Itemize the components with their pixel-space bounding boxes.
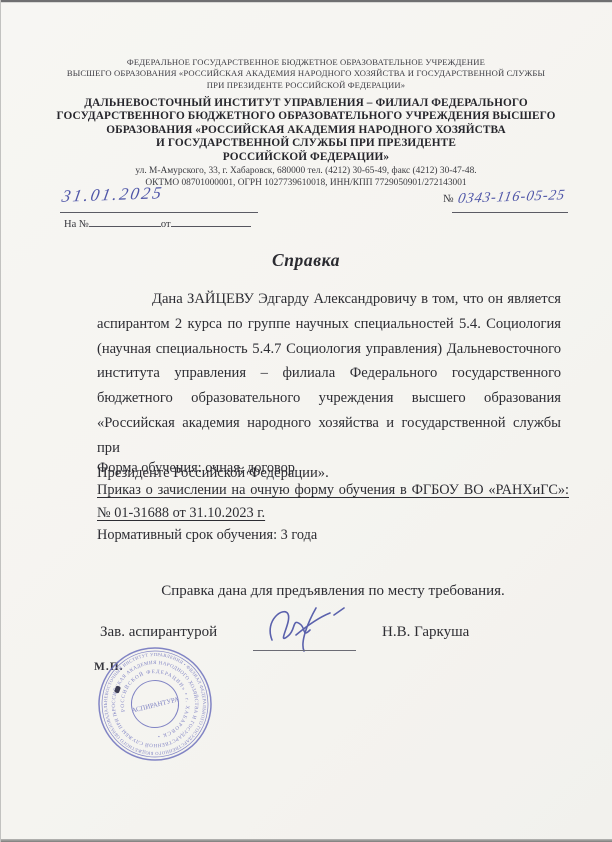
- body-line: бюджетного образовательного учреждения в…: [97, 386, 561, 411]
- scan-edge-top-light: [0, 2, 612, 3]
- org-bold-line-1: ДАЛЬНЕВОСТОЧНЫЙ ИНСТИТУТ УПРАВЛЕНИЯ – ФИ…: [0, 97, 612, 110]
- body-paragraph: Дана ЗАЙЦЕВУ Эдгарду Александровичу в то…: [97, 287, 561, 485]
- scanned-certificate-page: ФЕДЕРАЛЬНОЕ ГОСУДАРСТВЕННОЕ БЮДЖЕТНОЕ ОБ…: [0, 0, 612, 842]
- study-details: Форма обучения: очная, договор Приказ о …: [97, 457, 569, 547]
- org-bold-line-4: И ГОСУДАРСТВЕННОЙ СЛУЖБЫ ПРИ ПРЕЗИДЕНТЕ: [0, 137, 612, 150]
- letterhead-org-bold: ДАЛЬНЕВОСТОЧНЫЙ ИНСТИТУТ УПРАВЛЕНИЯ – ФИ…: [0, 97, 612, 164]
- body-line: института управления – филиала Федеральн…: [97, 361, 561, 386]
- org-bold-line-2: ГОСУДАРСТВЕННОГО БЮДЖЕТНОГО ОБРАЗОВАТЕЛЬ…: [0, 110, 612, 123]
- date-underline: [60, 212, 258, 213]
- letterhead-org-small: ФЕДЕРАЛЬНОЕ ГОСУДАРСТВЕННОЕ БЮДЖЕТНОЕ ОБ…: [0, 57, 612, 91]
- body-line: аспирантом 2 курса по группе научных спе…: [97, 312, 561, 337]
- org-small-line-1: ФЕДЕРАЛЬНОЕ ГОСУДАРСТВЕННОЕ БЮДЖЕТНОЕ ОБ…: [0, 57, 612, 68]
- study-form-line: Форма обучения: очная, договор: [97, 457, 569, 479]
- purpose-statement: Справка дана для предъявления по месту т…: [97, 583, 569, 600]
- reply-reference-line: На №от: [64, 216, 251, 230]
- handwritten-number: 0343-116-05-25: [457, 187, 567, 208]
- document-title: Справка: [0, 250, 612, 271]
- handwritten-date: 31.01.2025: [60, 183, 165, 207]
- body-line: Дана ЗАЙЦЕВУ Эдгарду Александровичу в то…: [97, 287, 561, 312]
- org-bold-line-3: ОБРАЗОВАНИЯ «РОССИЙСКАЯ АКАДЕМИЯ НАРОДНО…: [0, 124, 612, 137]
- signature-underline: [253, 650, 356, 651]
- reply-number-blank: [89, 216, 161, 227]
- org-bold-line-5: РОССИЙСКОЙ ФЕДЕРАЦИИ»: [0, 151, 612, 164]
- enrollment-order-line-2: № 01-31688 от 31.10.2023 г.: [97, 502, 569, 524]
- org-small-line-2: ВЫСШЕГО ОБРАЗОВАНИЯ «РОССИЙСКАЯ АКАДЕМИЯ…: [0, 68, 612, 79]
- number-underline: [452, 212, 568, 213]
- reply-date-blank: [171, 216, 251, 227]
- body-line: (научная специальность 5.4.7 Социология …: [97, 337, 561, 362]
- body-line: «Российская академия народного хозяйства…: [97, 411, 561, 461]
- enrollment-order-line-1: Приказ о зачислении на очную форму обуче…: [97, 479, 569, 501]
- study-term-line: Нормативный срок обучения: 3 года: [97, 524, 569, 546]
- signature-ink: [262, 604, 362, 654]
- number-sign: №: [443, 193, 454, 205]
- reply-from-label: от: [161, 219, 171, 230]
- org-small-line-3: ПРИ ПРЕЗИДЕНТЕ РОССИЙСКОЙ ФЕДЕРАЦИИ»: [0, 80, 612, 91]
- address-line: ул. М-Амурского, 33, г. Хабаровск, 68000…: [0, 166, 612, 178]
- signer-name: Н.В. Гаркуша: [382, 624, 469, 641]
- stamp-center-text: АСПИРАНТУРА: [131, 696, 180, 715]
- reply-label: На №: [64, 219, 89, 230]
- round-stamp: ДАЛЬНЕВОСТОЧНЫЙ ИНСТИТУТ УПРАВЛЕНИЯ • ФИ…: [85, 634, 225, 774]
